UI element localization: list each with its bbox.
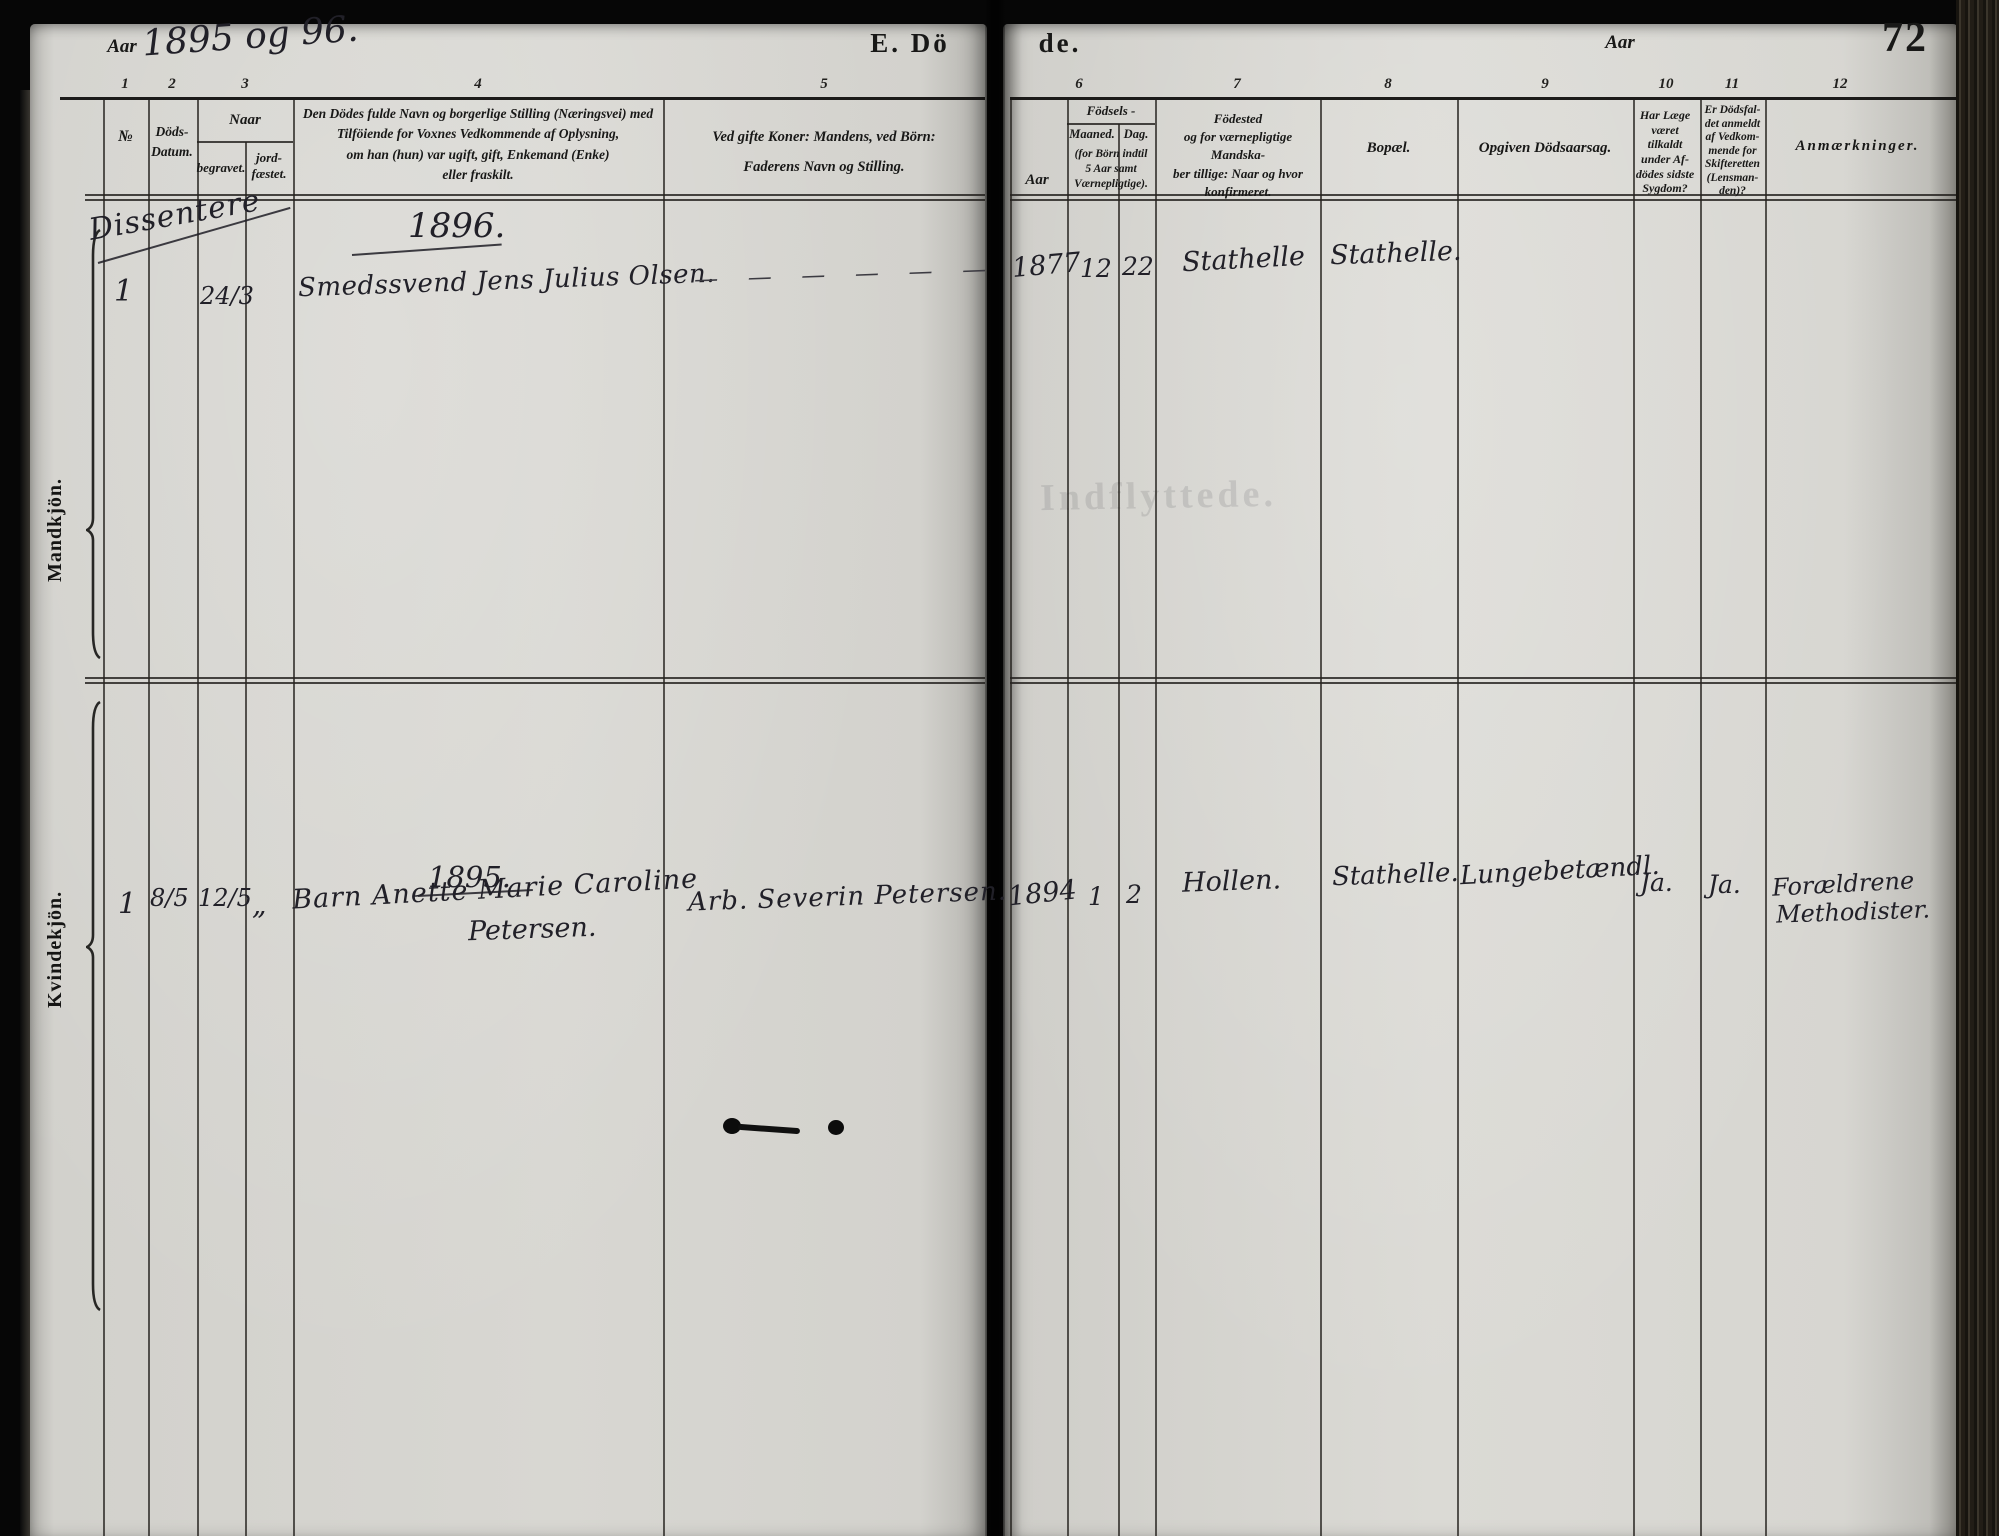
entry-female-dods-datum: 8/5	[150, 884, 189, 912]
header-naar: Naar	[197, 112, 293, 129]
col3-4-line	[293, 100, 295, 1536]
header-skifteretten: Er Dödsfal- det anmeldt af Vedkom- mende…	[1701, 104, 1764, 199]
aar-label-right: Aar	[1590, 32, 1650, 54]
maaned-dag-line	[1118, 124, 1120, 1536]
entry-female-dag: 2	[1126, 880, 1142, 909]
header-dag: Dag.	[1117, 127, 1155, 142]
entry-male-bopael: Stathelle.	[1329, 236, 1462, 272]
header-maaned: Maaned.	[1066, 127, 1118, 142]
left-section-divider-a	[85, 677, 985, 679]
col10-11-line	[1700, 100, 1702, 1536]
section-title-right: de.	[1020, 28, 1100, 59]
column-number-5: 5	[804, 76, 844, 93]
column-number-10: 10	[1646, 76, 1686, 93]
column-number-1: 1	[105, 76, 145, 93]
header-aar: Aar	[1008, 172, 1066, 189]
entry-male-dag: 22	[1122, 252, 1154, 281]
col1-2-line	[148, 100, 150, 1536]
male-section-label: Mandkjön.	[44, 455, 67, 605]
column-number-12: 12	[1820, 76, 1860, 93]
col6a-line	[1067, 100, 1069, 1536]
entry-female-laege: Ja.	[1640, 868, 1673, 897]
left-section-divider-b	[85, 682, 985, 684]
bleed-through-text: Indflyttede.	[1040, 472, 1278, 520]
column-number-9: 9	[1525, 76, 1565, 93]
female-section-label: Kvindekjön.	[44, 862, 67, 1037]
column-number-4: 4	[458, 76, 498, 93]
column-number-8: 8	[1368, 76, 1408, 93]
header-begravet: begravet.	[196, 160, 246, 176]
begravet-jordfaestet-line	[245, 142, 247, 1536]
male-year-heading: 1896.	[408, 206, 505, 246]
col8-9-line	[1457, 100, 1459, 1536]
page-number: 72	[1860, 14, 1950, 62]
book-scan: Indflyttede. Aar 1895 og 96. E. Dö de. A…	[0, 0, 1999, 1536]
column-number-2: 2	[152, 76, 192, 93]
column-number-3: 3	[225, 76, 265, 93]
column-number-7: 7	[1217, 76, 1257, 93]
header-dodsaarsag: Opgiven Dödsaarsag.	[1457, 140, 1633, 157]
column-number-6: 6	[1059, 76, 1099, 93]
underlying-page-edge	[20, 90, 30, 1536]
book-gutter	[985, 0, 1005, 1536]
entry-female-anm-line2: Methodister.	[1776, 895, 1931, 928]
page-edge-stack	[1956, 0, 1999, 1536]
entry-female-skifteretten: Ja.	[1708, 870, 1741, 899]
entry-female-fodested: Hollen.	[1181, 864, 1281, 898]
col4-5-line	[663, 100, 665, 1536]
entry-male-maaned: 12	[1080, 254, 1112, 283]
entry-female-jordfaestet-ditto: „	[252, 888, 267, 921]
col2-3-line	[197, 100, 199, 1536]
right-header-bottom-rule-b	[1010, 199, 1956, 201]
right-header-top-rule	[1010, 97, 1956, 100]
col9-10-line	[1633, 100, 1635, 1536]
header-anmaerkninger: Anmærkninger.	[1765, 138, 1950, 155]
right-page	[1003, 24, 1958, 1536]
header-fodested: Födested og for værnepligtige Mandska- b…	[1157, 110, 1319, 201]
col6-7-line	[1155, 100, 1157, 1536]
entry-male-fodsels-aar: 1877	[1011, 247, 1082, 284]
entry-male-nr: 1	[114, 274, 133, 309]
header-jordfaestet: jord- fæstet.	[244, 150, 294, 183]
header-nr: №	[103, 128, 148, 146]
entry-female-navn-line2: Petersen.	[467, 912, 596, 947]
entry-female-begravet: 12/5	[198, 884, 252, 912]
header-fodsels: Födsels -	[1067, 103, 1155, 119]
female-section-brace	[86, 700, 102, 1312]
header-bopael: Bopæl.	[1320, 140, 1457, 157]
header-navn: Den Dödes fulde Navn og borgerlige Still…	[296, 104, 660, 185]
left-table-edge-line	[103, 100, 105, 1536]
right-table-edge-line	[1010, 100, 1012, 1536]
column-number-11: 11	[1712, 76, 1752, 93]
left-header-top-rule	[60, 97, 985, 100]
header-faderens: Ved gifte Koner: Mandens, ved Börn: Fade…	[665, 122, 983, 183]
header-dods-datum: Döds- Datum.	[146, 122, 198, 161]
entry-female-nr: 1	[118, 886, 136, 920]
header-laege: Har Læge været tilkaldt under Af- dödes …	[1631, 108, 1699, 196]
entry-male-begravet: 24/3	[200, 282, 254, 310]
male-section-brace	[86, 228, 102, 660]
col7-8-line	[1320, 100, 1322, 1536]
left-page	[30, 24, 987, 1536]
fodsels-sub-rule	[1067, 123, 1155, 125]
binding-stud-icon	[828, 1120, 844, 1135]
entry-female-maaned: 1	[1088, 882, 1104, 911]
entry-female-bopael: Stathelle.	[1332, 858, 1460, 892]
section-title-left: E. Dö	[850, 28, 970, 59]
right-header-bottom-rule-a	[1010, 194, 1956, 196]
right-section-divider-b	[1010, 682, 1956, 684]
header-maaned-dag-note: (for Börn indtil 5 Aar samt Værnepligtig…	[1062, 147, 1160, 192]
entry-male-fodested: Stathelle	[1181, 241, 1305, 278]
col11-12-line	[1765, 100, 1767, 1536]
right-section-divider-a	[1010, 677, 1956, 679]
